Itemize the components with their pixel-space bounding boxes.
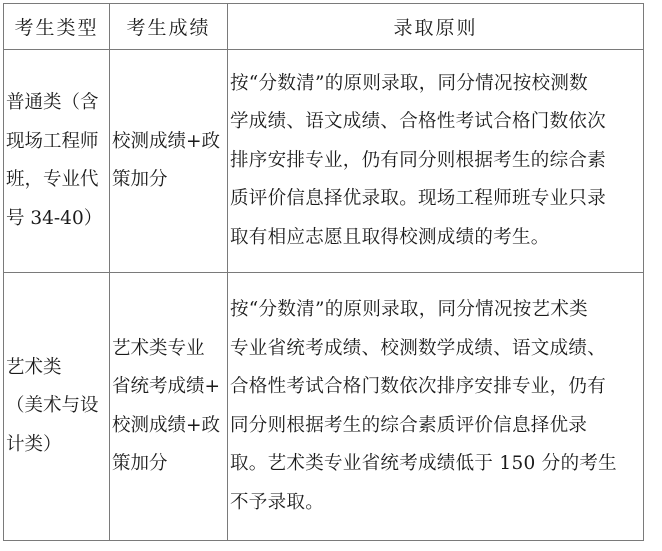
cell-candidate-score: 艺术类专业 省统考成绩+ 校测成绩+政 策加分 — [110, 273, 228, 541]
text-line: （美术与设 — [6, 387, 107, 426]
text-line: 艺术类 — [6, 349, 107, 388]
text-line: 按“分数清”的原则录取，同分情况按校测数 — [230, 65, 641, 104]
text-line: 班，专业代 — [6, 161, 107, 200]
cell-candidate-type: 艺术类 （美术与设 计类） — [4, 273, 110, 541]
header-candidate-score: 考生成绩 — [110, 4, 228, 50]
header-admission-principle: 录取原则 — [228, 4, 644, 50]
cell-admission-principle: 按“分数清”的原则录取，同分情况按校测数 学成绩、语文成绩、合格性考试合格门数依… — [228, 50, 644, 273]
text-line: 校测成绩+政 — [112, 123, 225, 162]
table-row-general: 普通类（含 现场工程师 班，专业代 号 34-40） 校测成绩+政 策加分 按“… — [4, 50, 644, 273]
cell-candidate-score: 校测成绩+政 策加分 — [110, 50, 228, 273]
text-line: 取。艺术类专业省统考成绩低于 150 分的考生 — [230, 445, 641, 484]
text-line: 省统考成绩+ — [112, 368, 225, 407]
text-line: 艺术类专业 — [112, 330, 225, 369]
text-line: 专业省统考成绩、校测数学成绩、语文成绩、 — [230, 330, 641, 369]
cell-candidate-type: 普通类（含 现场工程师 班，专业代 号 34-40） — [4, 50, 110, 273]
text-line: 同分则根据考生的综合素质评价信息择优录 — [230, 407, 641, 446]
text-line: 排序安排专业，仍有同分则根据考生的综合素 — [230, 142, 641, 181]
header-candidate-type: 考生类型 — [4, 4, 110, 50]
header-row: 考生类型 考生成绩 录取原则 — [4, 4, 644, 50]
text-line: 现场工程师 — [6, 123, 107, 162]
text-line: 取有相应志愿且取得校测成绩的考生。 — [230, 219, 641, 258]
text-line: 合格性考试合格门数依次排序安排专业，仍有 — [230, 368, 641, 407]
text-line: 普通类（含 — [6, 84, 107, 123]
table-row-art: 艺术类 （美术与设 计类） 艺术类专业 省统考成绩+ 校测成绩+政 策加分 按“… — [4, 273, 644, 541]
admission-rules-table: 考生类型 考生成绩 录取原则 普通类（含 现场工程师 班，专业代 号 34-40… — [3, 3, 644, 541]
text-line: 计类） — [6, 426, 107, 465]
text-line: 质评价信息择优录取。现场工程师班专业只录 — [230, 180, 641, 219]
text-line: 学成绩、语文成绩、合格性考试合格门数依次 — [230, 103, 641, 142]
text-line: 号 34-40） — [6, 200, 107, 239]
text-line: 不予录取。 — [230, 484, 641, 523]
text-line: 策加分 — [112, 445, 225, 484]
text-line: 策加分 — [112, 161, 225, 200]
cell-admission-principle: 按“分数清”的原则录取，同分情况按艺术类 专业省统考成绩、校测数学成绩、语文成绩… — [228, 273, 644, 541]
text-line: 按“分数清”的原则录取，同分情况按艺术类 — [230, 291, 641, 330]
text-line: 校测成绩+政 — [112, 407, 225, 446]
